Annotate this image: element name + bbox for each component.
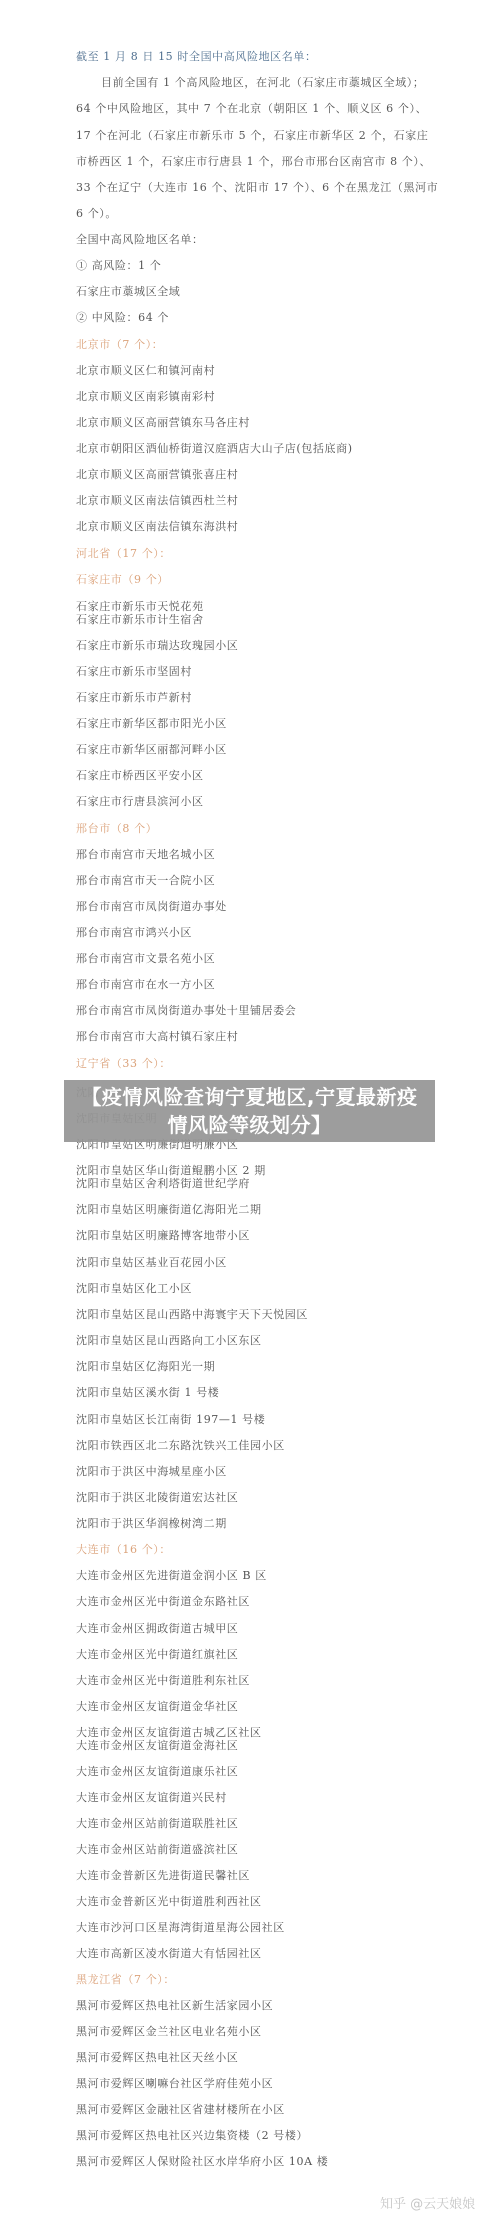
overlay-title-banner: 【疫情风险查询宁夏地区,宁夏最新疫 情风险等级划分】 [64, 1080, 435, 1142]
list-item: 沈阳市皇姑区化工小区 [76, 1282, 192, 1296]
banner-title-line: 【疫情风险查询宁夏地区,宁夏最新疫 [81, 1083, 417, 1111]
list-item: 大连市沙河口区星海湾街道星海公园社区 [76, 1921, 285, 1935]
list-item: 沈阳市皇姑区亿海阳光一期 [76, 1360, 215, 1374]
list-item: 沈阳市皇姑区昆山西路中海寰宇天下天悦园区 [76, 1308, 308, 1322]
list-item: 大连市金州区先进街道金润小区 B 区 [76, 1569, 267, 1583]
list-item: 石家庄市新乐市瑞达玫瑰园小区 [76, 639, 238, 653]
list-item: 大连市金州区友谊街道金华社区 [76, 1700, 238, 1714]
list-item: 黑河市爱辉区人保财险社区水岸华府小区 10A 楼 [76, 2155, 328, 2169]
list-item: 大连市金州区站前街道联胜社区 [76, 1817, 238, 1831]
subsection-heading-shijiazhuang: 石家庄市（9 个） [76, 573, 169, 587]
list-item: 大连市金州区光中街道胜利东社区 [76, 1674, 250, 1688]
list-item: 大连市金普新区先进街道民馨社区 [76, 1869, 250, 1883]
list-item: 邢台市南宫市凤岗街道办事处十里铺居委会 [76, 1004, 296, 1018]
list-item: 沈阳市皇姑区长江南街 197—1 号楼 [76, 1413, 265, 1427]
list-item: 石家庄市新华区都市阳光小区 [76, 717, 227, 731]
high-risk-area: 石家庄市藁城区全域 [76, 285, 180, 299]
list-item: 沈阳市皇姑区基业百花园小区 [76, 1256, 227, 1270]
list-item: 北京市顺义区仁和镇河南村 [76, 364, 215, 378]
list-item: 黑河市爱辉区金兰社区电业名苑小区 [76, 2025, 262, 2039]
list-item: 沈阳市于洪区中海城星座小区 [76, 1465, 227, 1479]
list-item: 沈阳市皇姑区明廉路博客地带小区 [76, 1229, 250, 1243]
list-item: 大连市金州区友谊街道古城乙区社区 [76, 1726, 262, 1740]
list-item: 北京市顺义区南彩镇南彩村 [76, 390, 215, 404]
list-item: 大连市高新区凌水街道大有恬园社区 [76, 1947, 262, 1961]
list-item: 沈阳市铁西区北二东路沈铁兴工佳园小区 [76, 1439, 285, 1453]
list-item: 邢台市南宫市天一合院小区 [76, 874, 215, 888]
list-item: 邢台市南宫市凤岗街道办事处 [76, 900, 227, 914]
intro-line: 64 个中风险地区，其中 7 个在北京（朝阳区 1 个、顺义区 6 个）、 [76, 102, 427, 116]
intro-line: 目前全国有 1 个高风险地区，在河北（石家庄市藁城区全域）； [101, 76, 425, 90]
list-item: 石家庄市新乐市天悦花苑 [76, 600, 204, 614]
subsection-heading-dalian: 大连市（16 个）： [76, 1543, 171, 1557]
list-item: 邢台市南宫市在水一方小区 [76, 978, 215, 992]
list-item: 黑河市爱辉区热电社区天丝小区 [76, 2051, 238, 2065]
list-item: 大连市金普新区光中街道胜利西社区 [76, 1895, 262, 1909]
list-item: 大连市金州区光中街道金东路社区 [76, 1595, 250, 1609]
subsection-heading-xingtai: 邢台市（8 个） [76, 822, 157, 836]
list-item: 大连市金州区站前街道盛滨社区 [76, 1843, 238, 1857]
list-item: 石家庄市新乐市坚固村 [76, 665, 192, 679]
list-item: 沈阳市皇姑区舍利塔街道世纪学府 [76, 1177, 250, 1191]
list-item: 石家庄市新华区丽都河畔小区 [76, 743, 227, 757]
list-item: 大连市金州区拥政街道古城甲区 [76, 1622, 238, 1636]
list-item: 黑河市爱辉区热电社区兴边集资楼（2 号楼） [76, 2129, 308, 2143]
list-item: 黑河市爱辉区热电社区新生活家园小区 [76, 1999, 273, 2013]
section-heading-heilongjiang: 黑龙江省（7 个）： [76, 1973, 175, 1987]
list-item: 邢台市南宫市文景名苑小区 [76, 952, 215, 966]
list-item: 北京市朝阳区酒仙桥街道汉庭酒店大山子店(包括底商) [76, 442, 353, 456]
intro-line: 6 个）。 [76, 207, 117, 221]
list-item: 大连市金州区友谊街道金海社区 [76, 1739, 238, 1753]
list-item: 沈阳市皇姑区明廉街道亿海阳光二期 [76, 1203, 262, 1217]
high-risk-label: ① 高风险：1 个 [76, 259, 161, 273]
list-item: 大连市金州区光中街道红旗社区 [76, 1648, 238, 1662]
list-item: 沈阳市于洪区北陵街道宏达社区 [76, 1491, 238, 1505]
list-title: 全国中高风险地区名单： [76, 233, 204, 247]
list-item: 石家庄市新乐市计生宿舍 [76, 613, 204, 627]
list-item: 石家庄市新乐市芦新村 [76, 691, 192, 705]
banner-title-line: 情风险等级划分】 [168, 1111, 332, 1139]
list-item: 沈阳市皇姑区昆山西路向工小区东区 [76, 1334, 262, 1348]
list-item: 邢台市南宫市大高村镇石家庄村 [76, 1030, 238, 1044]
list-item: 石家庄市行唐县滨河小区 [76, 795, 204, 809]
intro-line: 市桥西区 1 个，石家庄市行唐县 1 个，邢台市邢台区南宫市 8 个）、 [76, 155, 431, 169]
list-item: 北京市顺义区高丽营镇张喜庄村 [76, 468, 238, 482]
list-item: 北京市顺义区南法信镇东海洪村 [76, 520, 238, 534]
list-item: 邢台市南宫市天地名城小区 [76, 848, 215, 862]
section-heading-hebei: 河北省（17 个）： [76, 547, 171, 561]
list-item: 沈阳市皇姑区溪水街 1 号楼 [76, 1386, 219, 1400]
list-item: 石家庄市桥西区平安小区 [76, 769, 204, 783]
intro-line: 33 个在辽宁（大连市 16 个、沈阳市 17 个）、6 个在黑龙江（黑河市 [76, 181, 438, 195]
document-image: 截至 1 月 8 日 15 时全国中高风险地区名单： 目前全国有 1 个高风险地… [0, 0, 500, 2222]
list-item: 黑河市爱辉区金融社区省建材楼所在小区 [76, 2103, 285, 2117]
list-item: 大连市金州区友谊街道兴民村 [76, 1791, 227, 1805]
section-heading-beijing: 北京市（7 个）： [76, 338, 163, 352]
document-title: 截至 1 月 8 日 15 时全国中高风险地区名单： [76, 50, 317, 64]
list-item: 北京市顺义区南法信镇西杜兰村 [76, 494, 238, 508]
intro-line: 17 个在河北（石家庄市新乐市 5 个，石家庄市新华区 2 个，石家庄 [76, 129, 428, 143]
mid-risk-label: ② 中风险：64 个 [76, 311, 169, 325]
list-item: 邢台市南宫市鸿兴小区 [76, 926, 192, 940]
list-item: 黑河市爱辉区喇嘛台社区学府佳苑小区 [76, 2077, 273, 2091]
list-item: 沈阳市皇姑区华山街道鲲鹏小区 2 期 [76, 1164, 266, 1178]
list-item: 沈阳市于洪区华润橡树湾二期 [76, 1517, 227, 1531]
list-item: 北京市顺义区高丽营镇东马各庄村 [76, 416, 250, 430]
list-item: 大连市金州区友谊街道康乐社区 [76, 1765, 238, 1779]
section-heading-liaoning: 辽宁省（33 个）： [76, 1057, 171, 1071]
watermark: 知乎 @云天娘娘 [380, 2193, 475, 2212]
